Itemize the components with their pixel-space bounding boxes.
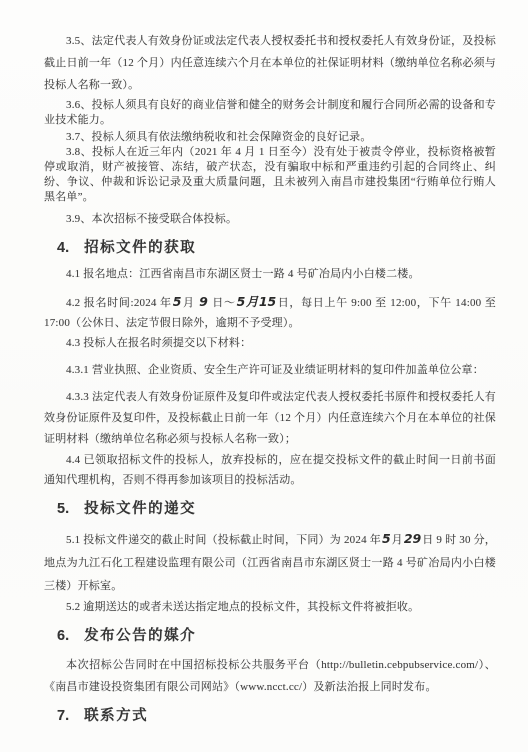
paragraph-5-2: 5.2 逾期送达的或者未送达指定地点的投标文件，其投标文件将被拒收。 [44, 600, 496, 615]
paragraph-4-3-1: 4.3.1 营业执照、企业资质、安全生产许可证及业绩证明材料的复印件加盖单位公章… [44, 363, 496, 378]
paragraph-3-6: 3.6、投标人须具有良好的商业信誉和健全的财务会计制度和履行合同所必需的设备和专… [44, 98, 496, 128]
section-number: 7. [57, 706, 69, 726]
paragraph-3-7: 3.7、投标人须具有依法缴纳税收和社会保障资金的良好记录。 [44, 130, 496, 145]
paragraph-3-9: 3.9、本次招标不接受联合体投标。 [44, 212, 496, 227]
handwritten-start-day: 9 [198, 294, 209, 309]
section-number: 6. [57, 626, 69, 646]
paragraph-3-8: 3.8、投标人在近三年内（2021 年 4 月 1 日至今）没有处于被责令停业，… [44, 145, 496, 205]
document-page: 3.5、法定代表人有效身份证或法定代表人授权委托书和授权委托人有效身份证，及投标… [0, 0, 528, 752]
handwritten-month: 5 [381, 531, 392, 546]
paragraph-4-1: 4.1 报名地点：江西省南昌市东湖区贤士一路 4 号矿冶局内小白楼二楼。 [44, 267, 496, 282]
section-heading-7: 7. 联系方式 [44, 706, 496, 726]
paragraph-4-2-text: 4.2 报名时间:2024 年 [66, 297, 172, 309]
section-title: 联系方式 [84, 706, 148, 726]
paragraph-4-2-text: 日～ [209, 297, 236, 309]
paragraph-4-2-text: 月 [182, 297, 198, 309]
section-number: 5. [57, 499, 69, 519]
paragraph-5-1-text: 5.1 投标文件递交的截止时间（投标截止时间，下同）为 2024 年 [66, 534, 381, 546]
section-heading-5: 5. 投标文件的递交 [44, 499, 496, 519]
section-heading-6: 6. 发布公告的媒介 [44, 626, 496, 646]
paragraph-6-body: 本次招标公告同时在中国招标投标公共服务平台（http://bulletin.ce… [44, 654, 496, 698]
paragraph-4-4: 4.4 已领取招标文件的投标人，放弃投标的，应在提交投标文件的截止时间一日前书面… [44, 450, 496, 490]
paragraph-4-3: 4.3 投标人在报名时须提交以下材料： [44, 336, 496, 351]
paragraph-3-5: 3.5、法定代表人有效身份证或法定代表人授权委托书和授权委托人有效身份证，及投标… [44, 30, 496, 96]
section-title: 招标文件的获取 [84, 238, 196, 258]
paragraph-5-1-text: 月 [392, 534, 403, 546]
paragraph-4-3-3: 4.3.3 法定代表人有效身份证原件及复印件或法定代表人授权委托书原件和授权委托… [44, 387, 496, 450]
section-number: 4. [57, 238, 69, 258]
paragraph-5-1: 5.1 投标文件递交的截止时间（投标截止时间，下同）为 2024 年5月29日 … [44, 527, 496, 598]
handwritten-end-date: 5月15 [236, 294, 278, 309]
section-title: 投标文件的递交 [84, 499, 196, 519]
handwritten-month: 5 [172, 294, 183, 309]
paragraph-4-2: 4.2 报名时间:2024 年5月 9 日～5月15日，每日上午 9:00 至 … [44, 292, 496, 333]
section-title: 发布公告的媒介 [84, 626, 196, 646]
section-heading-4: 4. 招标文件的获取 [44, 238, 496, 258]
handwritten-day: 29 [403, 531, 422, 546]
